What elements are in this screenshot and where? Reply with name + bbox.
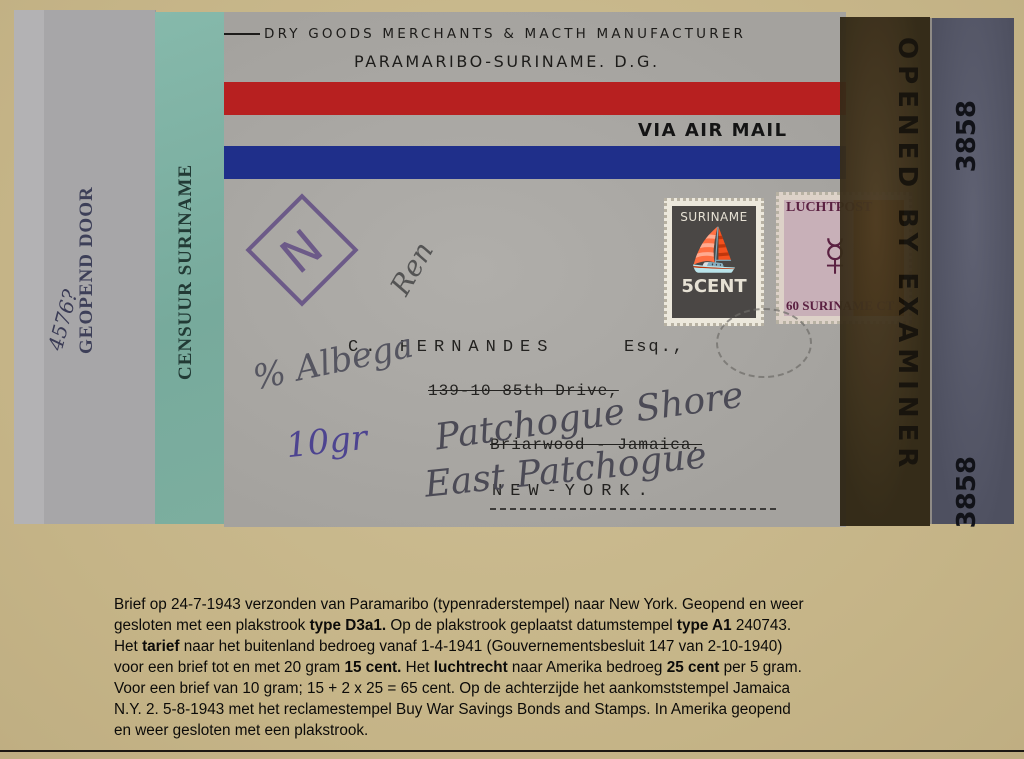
blue-stripe	[224, 146, 846, 179]
censor-tape-number: 3858 3858	[930, 18, 1014, 524]
sender-business-text: DRY GOODS MERCHANTS & MACTH MANUFACTURER	[264, 26, 746, 42]
examiner-number-top: 3858	[952, 100, 992, 172]
censor-tape-suriname: CENSUUR SURINAME	[155, 12, 225, 524]
ship-icon: ⛵	[672, 224, 756, 276]
caption-line: N.Y. 2. 5-8-1943 met het reclamestempel …	[114, 699, 934, 720]
handwritten-weight: 10gr	[284, 418, 369, 466]
dash-decoration	[224, 33, 260, 35]
caption-text: Voor een brief van 10 gram; 15 + 2 x 25 …	[114, 680, 790, 697]
caption-text: per 5 gram.	[719, 659, 801, 676]
addressee-title: Esq.,	[624, 338, 685, 357]
caption-text: naar Amerika bedroeg	[508, 659, 667, 676]
stamp-country: SURINAME	[672, 210, 756, 224]
address-underline	[490, 508, 776, 510]
caption-text: N.Y. 2. 5-8-1943 met het reclamestempel …	[114, 701, 791, 718]
caption-emphasis: type D3a1.	[310, 617, 387, 634]
caption-text: Op de plakstrook geplaatst datumstempel	[386, 617, 677, 634]
caption-text: Het	[401, 659, 433, 676]
caption-line: en weer gesloten met een plakstrook.	[114, 720, 934, 741]
caption-text: 240743.	[732, 617, 792, 634]
caption-line: Het tarief naar het buitenland bedroeg v…	[114, 636, 934, 657]
sender-business: DRY GOODS MERCHANTS & MACTH MANUFACTURER	[224, 26, 846, 42]
stamp-5-cent: SURINAME ⛵ 5CENT	[664, 198, 764, 326]
caption-line: Voor een brief van 10 gram; 15 + 2 x 25 …	[114, 678, 934, 699]
album-page: GEOPEND DOOR 4576? CENSUUR SURINAME DRY …	[0, 0, 1024, 759]
description-caption: Brief op 24-7-1943 verzonden van Paramar…	[114, 594, 934, 741]
stamp-value: 5CENT	[672, 276, 756, 297]
caption-text: en weer gesloten met een plakstrook.	[114, 722, 368, 739]
caption-text: Brief op 24-7-1943 verzonden van Paramar…	[114, 596, 804, 613]
caption-emphasis: type A1	[677, 617, 732, 634]
caption-text: naar het buitenland bedroeg vanaf 1-4-19…	[179, 638, 782, 655]
examiner-label: OPENED BY EXAMINER	[892, 37, 922, 507]
caption-line: voor een brief tot en met 20 gram 15 cen…	[114, 657, 934, 678]
examiner-number-bottom: 3858	[952, 456, 992, 528]
caption-emphasis: 15 cent.	[344, 659, 401, 676]
red-stripe	[224, 82, 846, 115]
page-divider	[0, 750, 1024, 752]
caption-text: voor een brief tot en met 20 gram	[114, 659, 344, 676]
caption-line: Brief op 24-7-1943 verzonden van Paramar…	[114, 594, 934, 615]
stamp-value: 60	[786, 298, 799, 313]
sender-location: PARAMARIBO-SURINAME. D.G.	[354, 52, 660, 71]
caption-emphasis: tarief	[142, 638, 179, 655]
postmark-icon	[716, 308, 812, 378]
caption-emphasis: luchtrecht	[434, 659, 508, 676]
opened-by-label: GEOPEND DOOR	[76, 175, 106, 365]
caption-text: Het	[114, 638, 142, 655]
censorship-label: CENSUUR SURINAME	[175, 152, 205, 392]
airmail-envelope: DRY GOODS MERCHANTS & MACTH MANUFACTURER…	[224, 12, 846, 527]
caption-text: gesloten met een plakstrook	[114, 617, 310, 634]
censor-tape-opened-by: GEOPEND DOOR 4576?	[14, 10, 156, 524]
airmail-label: VIA AIR MAIL	[638, 120, 788, 141]
censor-tape-us-examiner: OPENED BY EXAMINER	[840, 17, 930, 526]
caption-emphasis: 25 cent	[667, 659, 720, 676]
caption-line: gesloten met een plakstrook type D3a1. O…	[114, 615, 934, 636]
handwritten-care-of: % Albega	[250, 326, 417, 399]
pencil-initial: Ren	[384, 236, 440, 301]
